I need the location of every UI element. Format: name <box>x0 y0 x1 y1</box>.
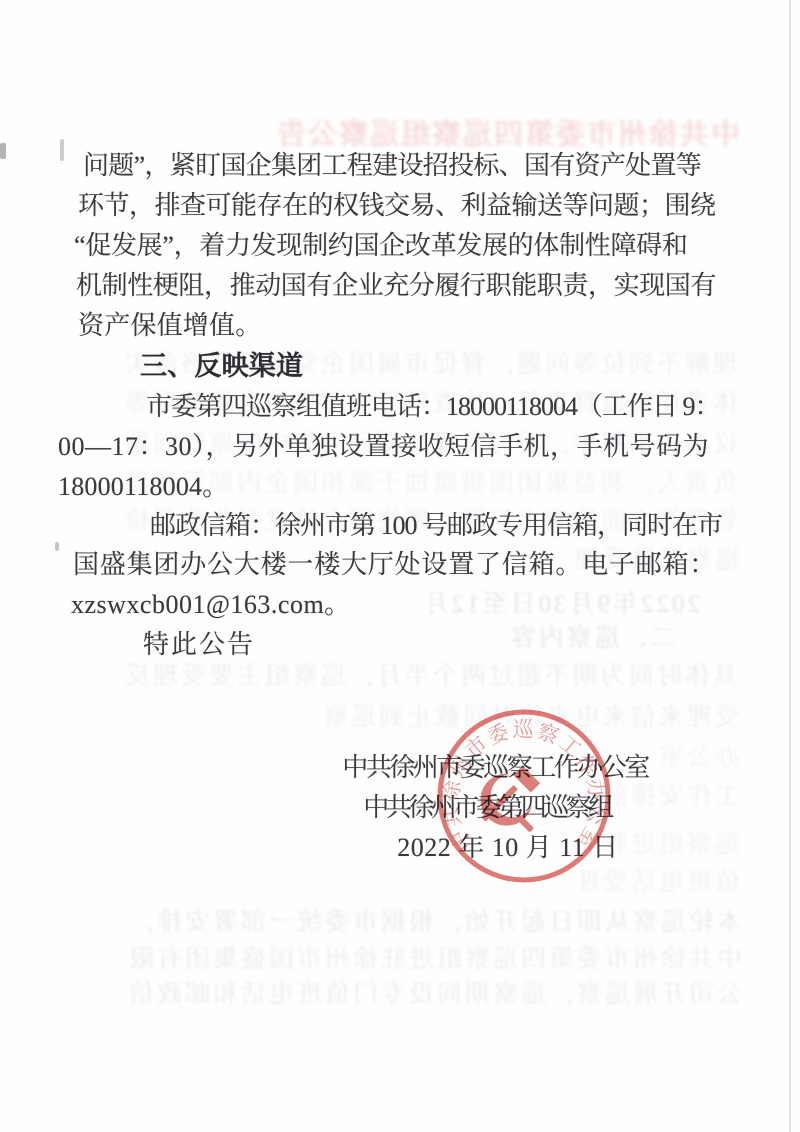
bleedthrough-line: 受理来信来电来访时间截止到巡察组 <box>326 697 740 733</box>
page-edge-line <box>789 0 791 1132</box>
scan-artifact <box>55 542 59 551</box>
body-text-line: “促发展”，着力发现制约国企改革发展的体制性障碍和 <box>74 230 688 262</box>
bleedthrough-red-title: 中共徐州市委第四巡察组巡察公告 <box>148 112 740 153</box>
signature-org-line2: 中共徐州市委第四巡察组 <box>363 787 611 824</box>
phone-line: 00—17：30），另外单独设置接收短信手机，手机号码为 <box>58 431 709 463</box>
mailbox-line: 国盛集团办公大楼一楼大厅处设置了信箱。电子邮箱： <box>73 549 716 581</box>
mailbox-line: 邮政信箱：徐州市第 100 号邮政专用信箱，同时在市 <box>150 510 722 542</box>
bleedthrough-line: 二、巡察内容 <box>468 618 676 654</box>
scan-artifact <box>0 143 6 159</box>
body-text-line: 问题”，紧盯国企集团工程建设招投标、国有资产处置等 <box>83 150 701 182</box>
signature-org-line1: 中共徐州市委巡察工作办公室 <box>342 747 648 784</box>
body-text-line: 机制性梗阻，推动国有企业充分履行职能职责，实现国有 <box>76 270 716 302</box>
bleedthrough-line: 办公室 <box>640 737 740 773</box>
phone-line: 市委第四巡察组值班电话：18000118004（工作日 9： <box>146 391 720 423</box>
phone-line: 18000118004。 <box>58 471 228 503</box>
bleedthrough-line: 巡察组进驻 <box>610 824 740 860</box>
bleedthrough-line: 具体时间为期不超过两个半月，巡察组主要受理反 <box>86 656 738 692</box>
bleedthrough-line: 中共徐州市委第四巡察组进驻徐州市国盛集团有限 <box>90 939 742 975</box>
body-text-line: 环节，排查可能存在的权钱交易、利益输送等问题；围绕 <box>78 190 716 222</box>
body-text-line: 资产保值增值。 <box>78 310 261 342</box>
bleedthrough-line: 值班电话受理反映 <box>580 862 740 898</box>
bleedthrough-line: 公司开展巡察，巡察期间设专门值班电话和邮政信 <box>90 974 742 1010</box>
email-line: xzswxcb001@163.com。 <box>71 589 351 621</box>
section-heading: 三、反映渠道 <box>140 350 303 382</box>
closing-phrase: 特此公告 <box>143 629 255 661</box>
bleedthrough-line: 2022年9月30日至12月16日 <box>430 584 700 620</box>
bleedthrough-line: 本轮巡察从即日起开始，根据市委统一部署安排， <box>90 902 742 938</box>
signature-date: 2022 年 10 月 11 日 <box>397 827 619 864</box>
scanned-document-page: 中共徐州市委第四巡察组巡察公告 理解不到位等问题，督促市属国企党组织严格落实 体… <box>0 0 800 1132</box>
scan-artifact <box>60 139 64 161</box>
